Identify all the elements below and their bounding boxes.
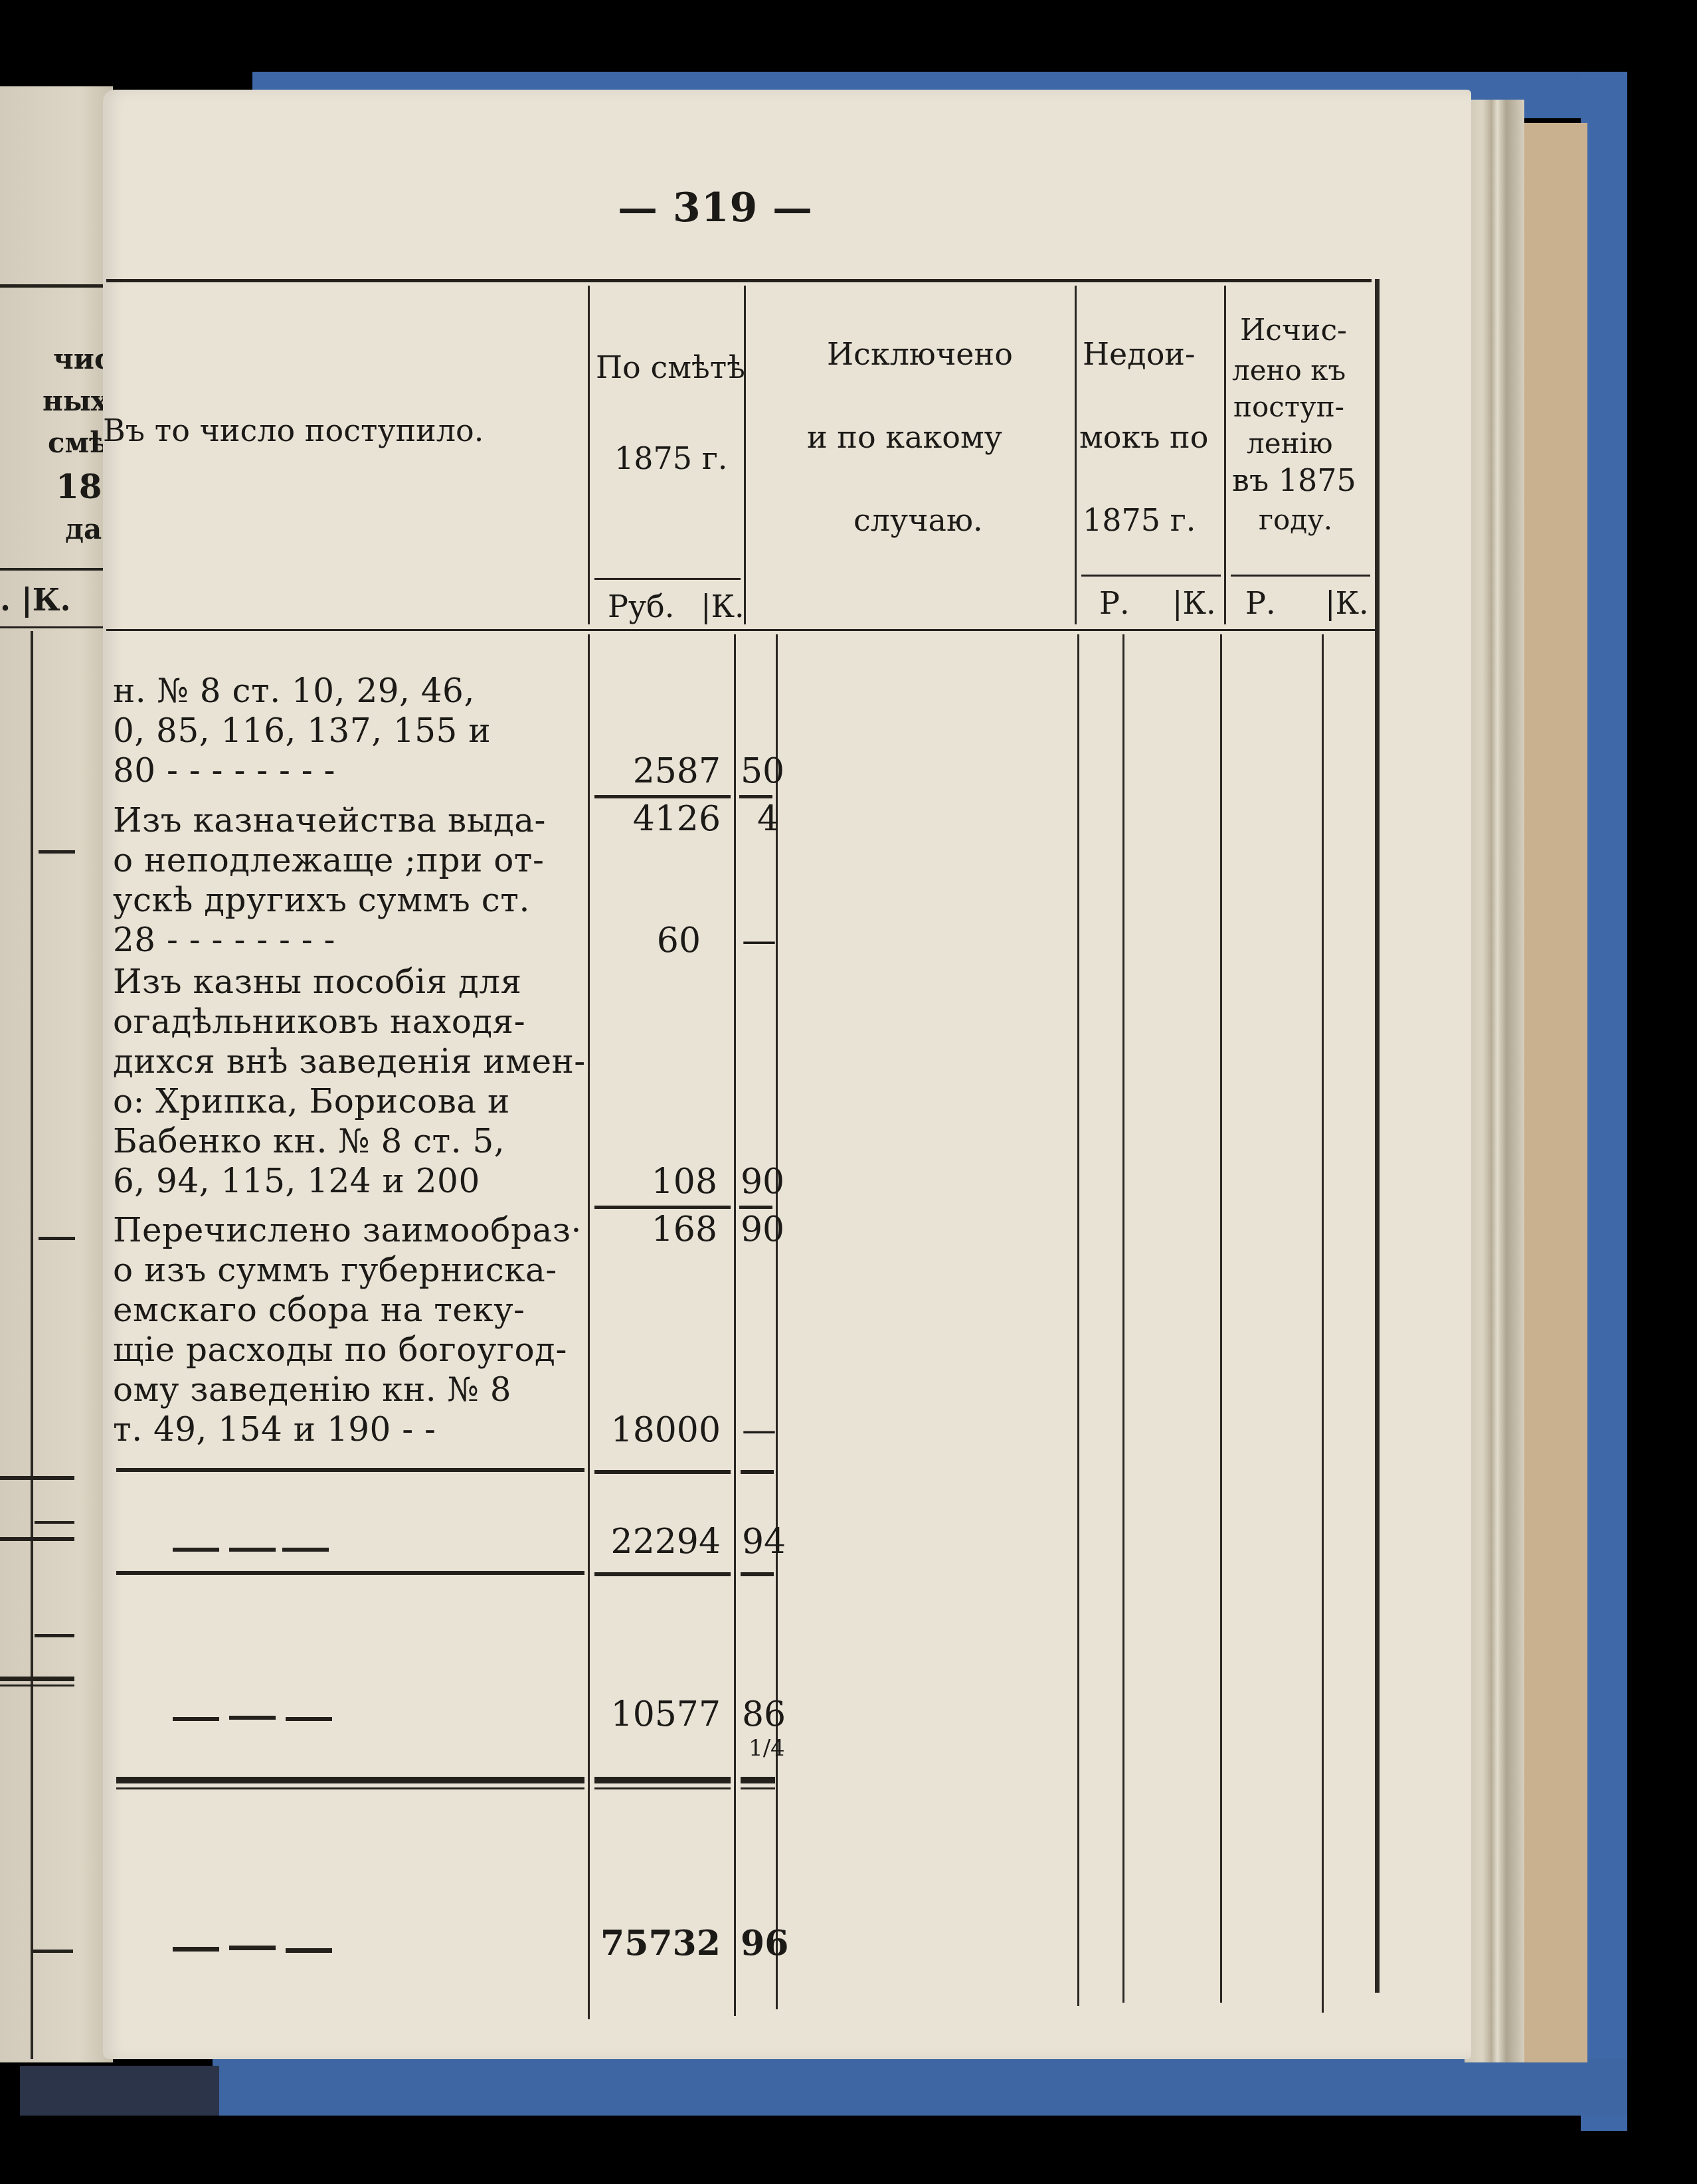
row-description-line: Перечислено заимообраз· (113, 1214, 582, 1247)
book-cover-right (1581, 72, 1627, 2131)
row-description-line: огадѣльниковъ находя- (113, 1005, 525, 1038)
header-calculated-kop: |К. (1325, 588, 1369, 618)
header-arrears-rub: Р. (1099, 588, 1130, 618)
header-calculated-line3: поступ- (1233, 392, 1344, 422)
subtotal-rule (739, 1206, 772, 1209)
double-rule (116, 1777, 584, 1783)
double-rule (594, 1777, 731, 1783)
header-excluded-line3: случаю. (853, 505, 983, 535)
column-divider-kop-right (776, 634, 778, 2009)
prev-dash (35, 1634, 74, 1637)
total-dash (286, 1717, 332, 1721)
section-rule (116, 1571, 584, 1575)
total-kop: 94 (742, 1524, 786, 1559)
section-rule (116, 1468, 584, 1472)
total-dash (173, 1947, 219, 1952)
table-top-rule (106, 279, 1372, 282)
book-spine-bottom (20, 2066, 219, 2116)
double-rule (741, 1787, 775, 1789)
prev-subheader-rule (0, 626, 106, 628)
rub-value: 108 (608, 1164, 717, 1199)
row-description-line: 80 - - - - - - - - (113, 754, 335, 787)
row-description-line: о изъ суммъ губерниска- (113, 1253, 557, 1287)
header-bottom-rule (106, 629, 1375, 631)
rub-value: 60 (608, 923, 701, 958)
header-subrule (594, 578, 741, 580)
row-description-line: емскаго сбора на теку- (113, 1293, 525, 1326)
header-excluded-line2: и по какому (807, 422, 1002, 452)
subtotal-rule (594, 795, 731, 798)
grand-total-rub: 75732 (598, 1926, 721, 1961)
total-dash (173, 1717, 219, 1721)
header-calculated-line5: въ 1875 (1232, 465, 1356, 496)
row-description-line: т. 49, 154 и 190 - - (113, 1413, 436, 1446)
header-subrule (1081, 575, 1221, 577)
header-subrule (1231, 575, 1370, 577)
prev-rule (0, 1537, 74, 1541)
book-cover-bottom (213, 2059, 1627, 2116)
row-description-line: ускѣ другихъ суммъ ст. (113, 883, 530, 917)
row-description-line: 6, 94, 115, 124 и 200 (113, 1164, 480, 1198)
column-divider (1220, 634, 1222, 2003)
double-rule (594, 1787, 731, 1789)
section-rule (594, 1470, 731, 1474)
subtotal-rule (594, 1206, 731, 1209)
header-calculated-line6: году. (1259, 505, 1332, 535)
prev-dash (39, 850, 75, 854)
subtotal-rub: 4126 (608, 802, 721, 836)
total-kop-fraction: 1/4 (749, 1737, 785, 1760)
header-by-estimate-line2: 1875 г. (614, 443, 727, 474)
column-divider (1322, 634, 1324, 2013)
row-description-line: ому заведенію кн. № 8 (113, 1373, 511, 1406)
row-description-line: дихся внѣ заведенія имен- (113, 1045, 586, 1078)
row-description-line: Изъ казны пособія для (113, 965, 522, 998)
row-description-line: 28 - - - - - - - - (113, 923, 335, 956)
document-page: — 319 — Въ то число поступило. По смѣтѣ … (103, 90, 1471, 2059)
header-calculated-rub: Р. (1245, 588, 1276, 618)
column-divider (1075, 286, 1077, 624)
kop-value: 90 (741, 1164, 784, 1199)
header-calculated-line2: лено къ (1232, 355, 1346, 386)
column-divider (1224, 286, 1226, 624)
total-dash (173, 1548, 219, 1552)
header-arrears-line2: мокъ по (1079, 422, 1208, 452)
row-description-line: 0, 85, 116, 137, 155 и (113, 714, 491, 747)
header-rub-label: Руб. (608, 591, 674, 622)
subtotal-rule (739, 795, 772, 798)
row-description-line: о неподлежаще ;при от- (113, 844, 544, 877)
grand-total-kop: 96 (741, 1926, 788, 1961)
column-divider (744, 286, 746, 624)
total-dash (229, 1548, 276, 1552)
column-divider-rub (588, 634, 590, 2019)
column-divider (1122, 634, 1124, 2003)
column-divider (1077, 634, 1079, 2006)
row-description-line: Изъ казначейства выда- (113, 804, 546, 837)
total-dash (286, 1948, 332, 1953)
kop-value: — (742, 923, 776, 958)
total-kop: 86 (742, 1697, 786, 1732)
subtotal-kop: 90 (741, 1212, 784, 1247)
total-dash (229, 1946, 276, 1950)
prev-dash (35, 1521, 74, 1524)
total-dash (282, 1548, 329, 1552)
kop-value: 50 (741, 754, 784, 788)
header-calculated-line1: Исчис- (1240, 316, 1347, 346)
column-divider (588, 286, 590, 624)
row-description-line: щіе расходы по богоугод- (113, 1333, 567, 1366)
section-rule (594, 1572, 731, 1576)
total-rub: 10577 (598, 1697, 721, 1732)
row-description-line: н. № 8 ст. 10, 29, 46, (113, 674, 475, 707)
prev-dash (39, 1237, 75, 1240)
header-kop-label: |К. (701, 591, 745, 622)
header-description: Въ то число поступило. (103, 415, 484, 446)
prev-double-rule (0, 1677, 74, 1681)
header-excluded-line1: Исключено (827, 339, 1013, 369)
prev-kop-header: . |К. (0, 585, 71, 615)
section-rule (741, 1572, 774, 1576)
page-number: — 319 — (618, 188, 813, 228)
row-description-line: о: Хрипка, Борисова и (113, 1085, 510, 1118)
header-arrears-kop: |К. (1172, 588, 1216, 618)
header-calculated-line4: ленію (1247, 428, 1333, 459)
prev-column-line (31, 631, 33, 2059)
rub-value: 18000 (598, 1413, 721, 1447)
prev-header-rule (0, 568, 106, 571)
prev-double-rule (0, 1684, 74, 1686)
double-rule (741, 1777, 775, 1783)
subtotal-rub: 168 (608, 1212, 717, 1247)
kop-value: — (742, 1413, 776, 1447)
double-rule (116, 1787, 584, 1789)
total-rub: 22294 (598, 1524, 721, 1559)
subtotal-kop: 4 (757, 802, 779, 836)
section-rule (741, 1470, 774, 1474)
page-stack-edge (1465, 100, 1524, 2062)
header-by-estimate-line1: По смѣтѣ (596, 352, 745, 383)
previous-page-strip: чис- ных. смѣ- 1875 да. . |К. (0, 86, 113, 2062)
table-right-border (1375, 279, 1380, 1993)
header-arrears-line1: Недои- (1083, 339, 1196, 369)
total-dash (229, 1716, 276, 1720)
prev-rule (0, 1476, 74, 1480)
row-description-line: Бабенко кн. № 8 ст. 5, (113, 1125, 505, 1158)
prev-top-rule (0, 284, 106, 288)
rub-value: 2587 (608, 754, 721, 788)
column-divider-kop (734, 634, 736, 2016)
prev-dash (33, 1950, 73, 1953)
header-arrears-line3: 1875 г. (1083, 505, 1196, 535)
endpaper (1521, 123, 1587, 2062)
